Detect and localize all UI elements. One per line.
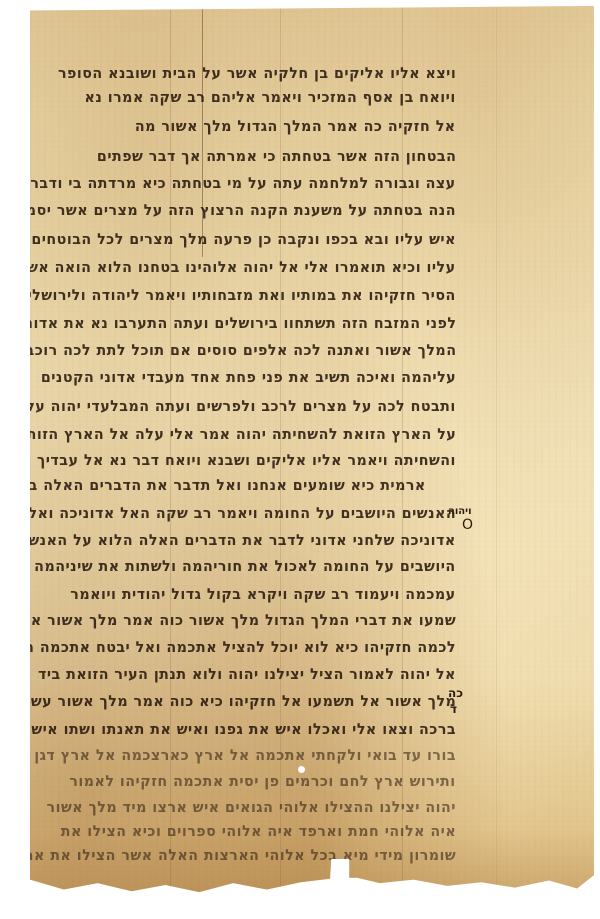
text-line: ויואח בן אסף המזכיר ויאמר אליהם רב שקה א… bbox=[85, 88, 456, 106]
text-line: עצה וגבורה למלחמה עתה על מי בטחתה כיא מר… bbox=[31, 174, 456, 192]
text-line: המלך אשור ואתנה לכה אלפים סוסים אם תוכל … bbox=[10, 341, 456, 359]
text-line: על הארץ הזואת להשחיתה יהוה אמר אלי עלה א… bbox=[26, 425, 456, 443]
text-line: עליהמה ואיכה תשיב את פני פחת אחד מעבדי א… bbox=[41, 368, 456, 386]
text-line: ברכה וצאו אלי ואכלו איש את גפנו ואיש את … bbox=[10, 720, 456, 738]
text-line: לכמה חזקיהו כיא לוא יוכל להציל אתכמה ואל… bbox=[0, 638, 456, 656]
text-line: איה אלוהי חמת וארפד איה אלוהי ספרוים וכי… bbox=[61, 822, 456, 840]
text-line: הבטחון הזה אשר בטחתה כי אמרתה אך דבר שפת… bbox=[97, 147, 456, 165]
text-line: ותירוש ארץ לחם וכרמים פן יסית אתכמה חזקי… bbox=[70, 772, 456, 790]
text-line: לפני המזבח הזה תשתחוו בירושלים ועתה התער… bbox=[21, 314, 456, 332]
parchment-hole bbox=[298, 766, 305, 773]
text-line: ותבטח לכה על מצרים לרכב ולפרשים ועתה המב… bbox=[7, 397, 456, 415]
parchment-crease bbox=[496, 6, 497, 902]
circle-mark: O bbox=[462, 517, 473, 533]
text-line: ויצא אליו אליקים בן חלקיה אשר על הבית וש… bbox=[58, 64, 456, 82]
text-line: אל יהוה לאמור הציל יצילנו יהוה ולוא תנתן… bbox=[38, 665, 456, 683]
marginal-glyph: כה bbox=[448, 686, 463, 700]
scroll-parchment: ויצא אליו אליקים בן חלקיה אשר על הבית וש… bbox=[30, 6, 594, 902]
text-line: הנה בטחתה על משענת הקנה הרצוץ הזה על מצר… bbox=[17, 201, 456, 219]
marginal-glyph: ד bbox=[450, 702, 457, 716]
text-line: אדוניכה שלחני אדוני לדבר את הדברים האלה … bbox=[14, 531, 456, 549]
marginal-insertion: ויהוה bbox=[448, 506, 472, 517]
text-line: אל חזקיה כה אמר המלך הגדול מלך אשור מה bbox=[135, 117, 456, 135]
text-line: שומרון מידי מיא בכל אלוהי הארצות האלה אש… bbox=[5, 846, 456, 864]
text-line: מלך אשור אל תשמעו אל חזקיהו כיא כוה אמר … bbox=[0, 692, 456, 710]
text-line: איש עליו ובא בכפו ונקבה כן פרעה מלך מצרי… bbox=[31, 230, 456, 248]
text-line: ארמית כיא שומעים אנחנו ואל תדבר את הדברי… bbox=[0, 476, 426, 494]
text-line: הסיר חזקיהו את במותיו ואת מזבחותיו ויאמר… bbox=[17, 286, 456, 304]
text-line: עליו וכיא תואמרו אלי אל יהוה אלוהינו בטח… bbox=[18, 258, 456, 276]
text-line: היושבים על החומה לאכול את חוריהמה ולשתות… bbox=[35, 557, 456, 575]
text-line: עמכמה ויעמוד רב שקה ויקרא בקול גדול יהוד… bbox=[71, 585, 456, 603]
text-line: שמעו את דברי המלך הגדול מלך אשור כוה אמר… bbox=[0, 611, 456, 629]
text-line: בורו עד בואי ולקחתי אתכמה אל ארץ כארצכמה… bbox=[34, 746, 456, 764]
text-line: והשחיתה ויאמר אליו אליקים ושבנא ויואח דב… bbox=[37, 451, 456, 469]
text-line: האנשים היושבים על החומה ויאמר רב שקה האל… bbox=[28, 504, 456, 522]
text-line: יהוה יצילנו ההצילו אלוהי הגואים איש ארצו… bbox=[47, 798, 456, 816]
